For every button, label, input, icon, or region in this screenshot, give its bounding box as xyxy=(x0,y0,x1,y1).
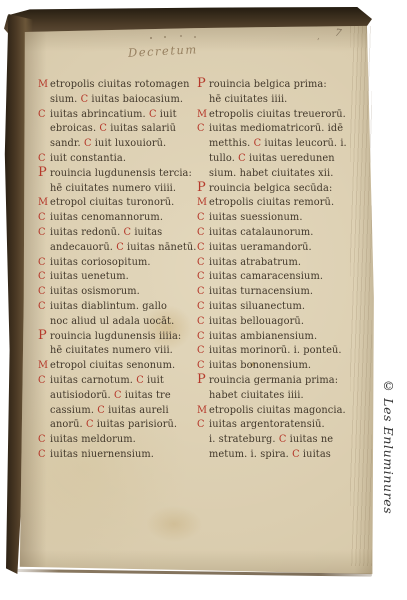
manuscript-line: andecauorū. C iuitas nānetū. xyxy=(38,241,196,256)
manuscript-line: Ciuitas osismorum. xyxy=(38,285,196,300)
rubric-initial: C xyxy=(197,256,209,271)
rubric-initial: C xyxy=(38,433,50,448)
rubric-initial: C xyxy=(38,211,50,226)
ink-text: iuitas redonū. xyxy=(50,227,124,238)
ink-text: etropolis ciuitas rotomagen xyxy=(50,79,190,90)
rubric-initial: C xyxy=(197,241,209,256)
manuscript-line: ebroicas. C iuitas salariū xyxy=(38,122,196,137)
manuscript-line: metthis. C iuitas leucorū. i. xyxy=(197,137,369,152)
ink-text: sandr. xyxy=(50,138,84,149)
rubric-initial: C xyxy=(197,285,209,300)
rubric-initial: M xyxy=(38,359,50,374)
manuscript-line: tullo. C iuitas ueredunen xyxy=(197,152,369,167)
rubric-initial: C xyxy=(136,375,144,386)
rubric-initial: C xyxy=(86,419,94,430)
manuscript-line: Ciuit constantia. xyxy=(38,152,196,167)
manuscript-line: cassium. C iuitas aureli xyxy=(38,404,196,419)
manuscript-line: Ciuitas camaracensium. xyxy=(197,270,369,285)
manuscript-line: Ciuitas ueramandorū. xyxy=(197,241,369,256)
manuscript-line: Ciuitas mediomatricorū. idē xyxy=(197,122,369,137)
ink-text: iuit xyxy=(144,375,164,386)
manuscript-photo: Decretum 7 ʹ Metropolis ciuitas rotomage… xyxy=(0,0,407,600)
rubric-initial: M xyxy=(197,196,209,211)
ink-text: iuit constantia. xyxy=(50,153,126,164)
rubric-initial: C xyxy=(197,270,209,285)
rubric-initial: C xyxy=(114,390,122,401)
ink-text: autisiodorū. xyxy=(50,390,114,401)
manuscript-line: Metropol ciuitas turonorū. xyxy=(38,196,196,211)
ink-text: iuitas diablintum. gallo xyxy=(50,301,167,312)
ink-text: iuitas suessionum. xyxy=(209,212,303,223)
manuscript-line: Metropolis ciuitas rotomagen xyxy=(38,78,196,93)
manuscript-line: Prouincia lugdunensis tercia: xyxy=(38,167,196,182)
ink-text: rouincia belgica secūda: xyxy=(209,183,332,194)
ink-text: iuitas coriosopitum. xyxy=(50,257,151,268)
manuscript-line: hē ciuitates numero viiii. xyxy=(38,182,196,197)
rubric-initial: C xyxy=(197,418,209,433)
ink-text: iuitas xyxy=(131,227,162,238)
ink-text: iuitas cenomannorum. xyxy=(50,212,163,223)
rubric-initial: C xyxy=(238,153,246,164)
ink-text: iuitas carnotum. xyxy=(50,375,136,386)
rubric-initial: M xyxy=(197,108,209,123)
ink-text: iuitas parisiorū. xyxy=(94,419,178,430)
rubric-initial: C xyxy=(38,226,50,241)
text-column-right: Prouincia belgica prima:hē ciuitates iii… xyxy=(197,78,369,463)
ink-text: iuitas turnacensium. xyxy=(209,286,313,297)
manuscript-line: autisiodorū. C iuitas tre xyxy=(38,389,196,404)
ink-text: iuitas ueredunen xyxy=(246,153,335,164)
rubric-initial: C xyxy=(38,448,50,463)
rubric-initial: C xyxy=(38,300,50,315)
ink-text: iuitas salariū xyxy=(107,123,176,134)
ink-text: sium. xyxy=(50,94,81,105)
ink-text: etropolis ciuitas magoncia. xyxy=(209,405,346,416)
manuscript-line: Metropolis ciuitas magoncia. xyxy=(197,404,369,419)
manuscript-line: Ciuitas meldorum. xyxy=(38,433,196,448)
manuscript-line: sium. C iuitas baiocasium. xyxy=(38,93,196,108)
manuscript-line: Ciuitas argentoratensiū. xyxy=(197,418,369,433)
ink-text: iuitas mediomatricorū. idē xyxy=(209,123,343,134)
manuscript-line: Ciuitas bononensium. xyxy=(197,359,369,374)
ink-text: iuitas leucorū. i. xyxy=(261,138,347,149)
manuscript-line: Metropol ciuitas senonum. xyxy=(38,359,196,374)
ink-text: cassium. xyxy=(50,405,97,416)
rubric-initial: P xyxy=(197,79,209,89)
manuscript-line: hē ciuitates numero viii. xyxy=(38,344,196,359)
ink-text: iuitas ne xyxy=(286,434,333,445)
manuscript-line: Ciuitas atrabatrum. xyxy=(197,256,369,271)
rubric-initial: C xyxy=(38,270,50,285)
ink-dots xyxy=(150,37,152,39)
ink-text: iuit xyxy=(157,109,177,120)
ink-text: ebroicas. xyxy=(50,123,99,134)
rubric-initial: C xyxy=(197,122,209,137)
ink-text: iuitas niuernensium. xyxy=(50,449,154,460)
manuscript-line: i. strateburg. C iuitas ne xyxy=(197,433,369,448)
ink-text: andecauorū. xyxy=(50,242,116,253)
rubric-initial: C xyxy=(38,285,50,300)
rubric-initial: C xyxy=(97,405,105,416)
manuscript-line: habet ciuitates iiii. xyxy=(197,389,369,404)
manuscript-line: Ciuitas niuernensium. xyxy=(38,448,196,463)
rubric-initial: C xyxy=(38,108,50,123)
manuscript-line: Ciuitas abrincatium. C iuit xyxy=(38,108,196,123)
ink-text: anorū. xyxy=(50,419,86,430)
ink-text: iuitas siluanectum. xyxy=(209,301,305,312)
rubric-initial: C xyxy=(99,123,107,134)
manuscript-line: hē ciuitates iiii. xyxy=(197,93,369,108)
rubric-initial: M xyxy=(38,78,50,93)
ink-text: etropol ciuitas turonorū. xyxy=(50,197,174,208)
ink-text: sium. habet ciuitates xii. xyxy=(209,168,333,179)
manuscript-line: anorū. C iuitas parisiorū. xyxy=(38,418,196,433)
ink-text: iuitas xyxy=(300,449,331,460)
rubric-initial: C xyxy=(116,242,124,253)
rubric-initial: C xyxy=(197,330,209,345)
rubric-initial: M xyxy=(38,196,50,211)
ink-text: iuitas meldorum. xyxy=(50,434,136,445)
ink-text: iuit luxouiorū. xyxy=(92,138,167,149)
ink-text: noc aliud ul adala uocāt. xyxy=(50,316,174,327)
ink-text: iuitas bellouagorū. xyxy=(209,316,304,327)
ink-text: rouincia lugdunensis iiiia: xyxy=(50,331,181,342)
manuscript-line: Prouincia belgica prima: xyxy=(197,78,369,93)
rubric-initial: P xyxy=(38,168,50,178)
manuscript-line: Ciuitas bellouagorū. xyxy=(197,315,369,330)
ink-text: iuitas nānetū. xyxy=(124,242,197,253)
manuscript-line: Ciuitas morinorū. i. ponteū. xyxy=(197,344,369,359)
manuscript-line: Prouincia germania prima: xyxy=(197,374,369,389)
manuscript-line: Ciuitas cenomannorum. xyxy=(38,211,196,226)
rubric-initial: C xyxy=(124,227,132,238)
parchment-speck xyxy=(373,124,382,134)
rubric-initial: C xyxy=(38,374,50,389)
copyright-label: © Les Enluminures xyxy=(381,378,396,596)
rubric-initial: C xyxy=(197,226,209,241)
ink-text: etropolis ciuitas treuerorū. xyxy=(209,109,346,120)
manuscript-line: Ciuitas suessionum. xyxy=(197,211,369,226)
rubric-initial: C xyxy=(197,211,209,226)
ink-text: habet ciuitates iiii. xyxy=(209,390,304,401)
ink-text: etropolis ciuitas remorū. xyxy=(209,197,334,208)
manuscript-line: Ciuitas catalaunorum. xyxy=(197,226,369,241)
manuscript-line: Ciuitas siluanectum. xyxy=(197,300,369,315)
rubric-initial: C xyxy=(38,256,50,271)
manuscript-line: Ciuitas turnacensium. xyxy=(197,285,369,300)
manuscript-line: sium. habet ciuitates xii. xyxy=(197,167,369,182)
ink-text: rouincia lugdunensis tercia: xyxy=(50,168,192,179)
ink-text: iuitas osismorum. xyxy=(50,286,140,297)
rubric-initial: C xyxy=(149,109,157,120)
ink-text: tullo. xyxy=(209,153,238,164)
ink-text: iuitas atrabatrum. xyxy=(209,257,301,268)
ink-text: iuitas aureli xyxy=(105,405,169,416)
ink-text: iuitas argentoratensiū. xyxy=(209,419,325,430)
manuscript-line: sandr. C iuit luxouiorū. xyxy=(38,137,196,152)
text-column-left: Metropolis ciuitas rotomagensium. C iuit… xyxy=(38,78,196,463)
ink-text: rouincia germania prima: xyxy=(209,375,338,386)
manuscript-line: metum. i. spira. C iuitas xyxy=(197,448,369,463)
ink-text: etropol ciuitas senonum. xyxy=(50,360,175,371)
rubric-initial: M xyxy=(197,404,209,419)
manuscript-line: Ciuitas uenetum. xyxy=(38,270,196,285)
rubric-initial: C xyxy=(197,344,209,359)
ink-text: hē ciuitates numero viiii. xyxy=(50,183,176,194)
manuscript-line: Metropolis ciuitas treuerorū. xyxy=(197,108,369,123)
ink-text: iuitas camaracensium. xyxy=(209,271,323,282)
ink-text: metthis. xyxy=(209,138,254,149)
ink-text: hē ciuitates iiii. xyxy=(209,94,287,105)
parchment-stain xyxy=(134,498,214,550)
ink-text: iuitas abrincatium. xyxy=(50,109,149,120)
rubric-initial: C xyxy=(84,138,92,149)
ink-text: iuitas ambianensium. xyxy=(209,331,317,342)
ink-text: iuitas ueramandorū. xyxy=(209,242,312,253)
manuscript-line: Prouincia belgica secūda: xyxy=(197,182,369,197)
rubric-initial: P xyxy=(38,331,50,341)
ink-text: i. strateburg. xyxy=(209,434,279,445)
ink-text: rouincia belgica prima: xyxy=(209,79,327,90)
rubric-initial: P xyxy=(197,183,209,193)
rubric-initial: P xyxy=(197,375,209,385)
ink-text: iuitas uenetum. xyxy=(50,271,129,282)
manuscript-line: Ciuitas diablintum. gallo xyxy=(38,300,196,315)
ink-text: hē ciuitates numero viii. xyxy=(50,345,173,356)
manuscript-line: Ciuitas carnotum. C iuit xyxy=(38,374,196,389)
ink-text: iuitas bononensium. xyxy=(209,360,311,371)
manuscript-line: Ciuitas redonū. C iuitas xyxy=(38,226,196,241)
rubric-initial: C xyxy=(292,449,300,460)
manuscript-line: noc aliud ul adala uocāt. xyxy=(38,315,196,330)
rubric-initial: C xyxy=(197,300,209,315)
manuscript-line: Prouincia lugdunensis iiiia: xyxy=(38,330,196,345)
ink-text: iuitas tre xyxy=(122,390,171,401)
manuscript-line: Ciuitas coriosopitum. xyxy=(38,256,196,271)
rubric-initial: C xyxy=(197,315,209,330)
ink-text: metum. i. spira. xyxy=(209,449,292,460)
ink-text: iuitas morinorū. i. ponteū. xyxy=(209,345,342,356)
manuscript-line: Ciuitas ambianensium. xyxy=(197,330,369,345)
ink-text: iuitas baiocasium. xyxy=(88,94,183,105)
ink-text: iuitas catalaunorum. xyxy=(209,227,314,238)
manuscript-line: Metropolis ciuitas remorū. xyxy=(197,196,369,211)
